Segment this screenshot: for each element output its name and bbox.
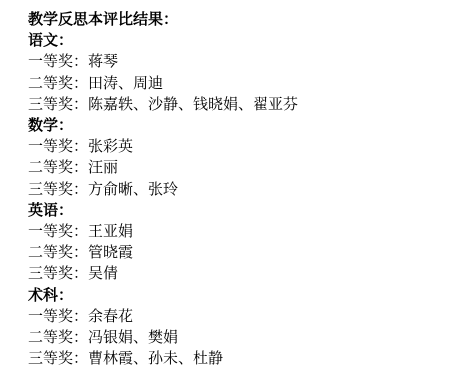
chinese-second-prize-line: 二等奖：田涛、周迪: [28, 73, 460, 94]
section-heading-arts: 术科：: [28, 285, 460, 306]
math-third-prize-line: 三等奖：方俞晰、张玲: [28, 179, 460, 200]
arts-first-prize-line: 一等奖：余春花: [28, 306, 460, 327]
math-second-prize-line: 二等奖：汪丽: [28, 157, 460, 178]
document-title: 教学反思本评比结果：: [28, 9, 460, 30]
section-heading-english: 英语：: [28, 200, 460, 221]
section-heading-math: 数学：: [28, 115, 460, 136]
english-first-prize-line: 一等奖：王亚娟: [28, 221, 460, 242]
section-heading-chinese: 语文：: [28, 30, 460, 51]
math-first-prize-line: 一等奖：张彩英: [28, 136, 460, 157]
chinese-third-prize-line: 三等奖：陈嘉轶、沙静、钱晓娟、翟亚芬: [28, 94, 460, 115]
english-third-prize-line: 三等奖：吴倩: [28, 263, 460, 284]
award-results-document: 教学反思本评比结果： 语文： 一等奖：蒋琴 二等奖：田涛、周迪 三等奖：陈嘉轶、…: [0, 0, 460, 369]
arts-second-prize-line: 二等奖：冯银娟、樊娟: [28, 327, 460, 348]
english-second-prize-line: 二等奖：管晓霞: [28, 242, 460, 263]
chinese-first-prize-line: 一等奖：蒋琴: [28, 51, 460, 72]
arts-third-prize-line: 三等奖：曹林霞、孙未、杜静: [28, 348, 460, 369]
